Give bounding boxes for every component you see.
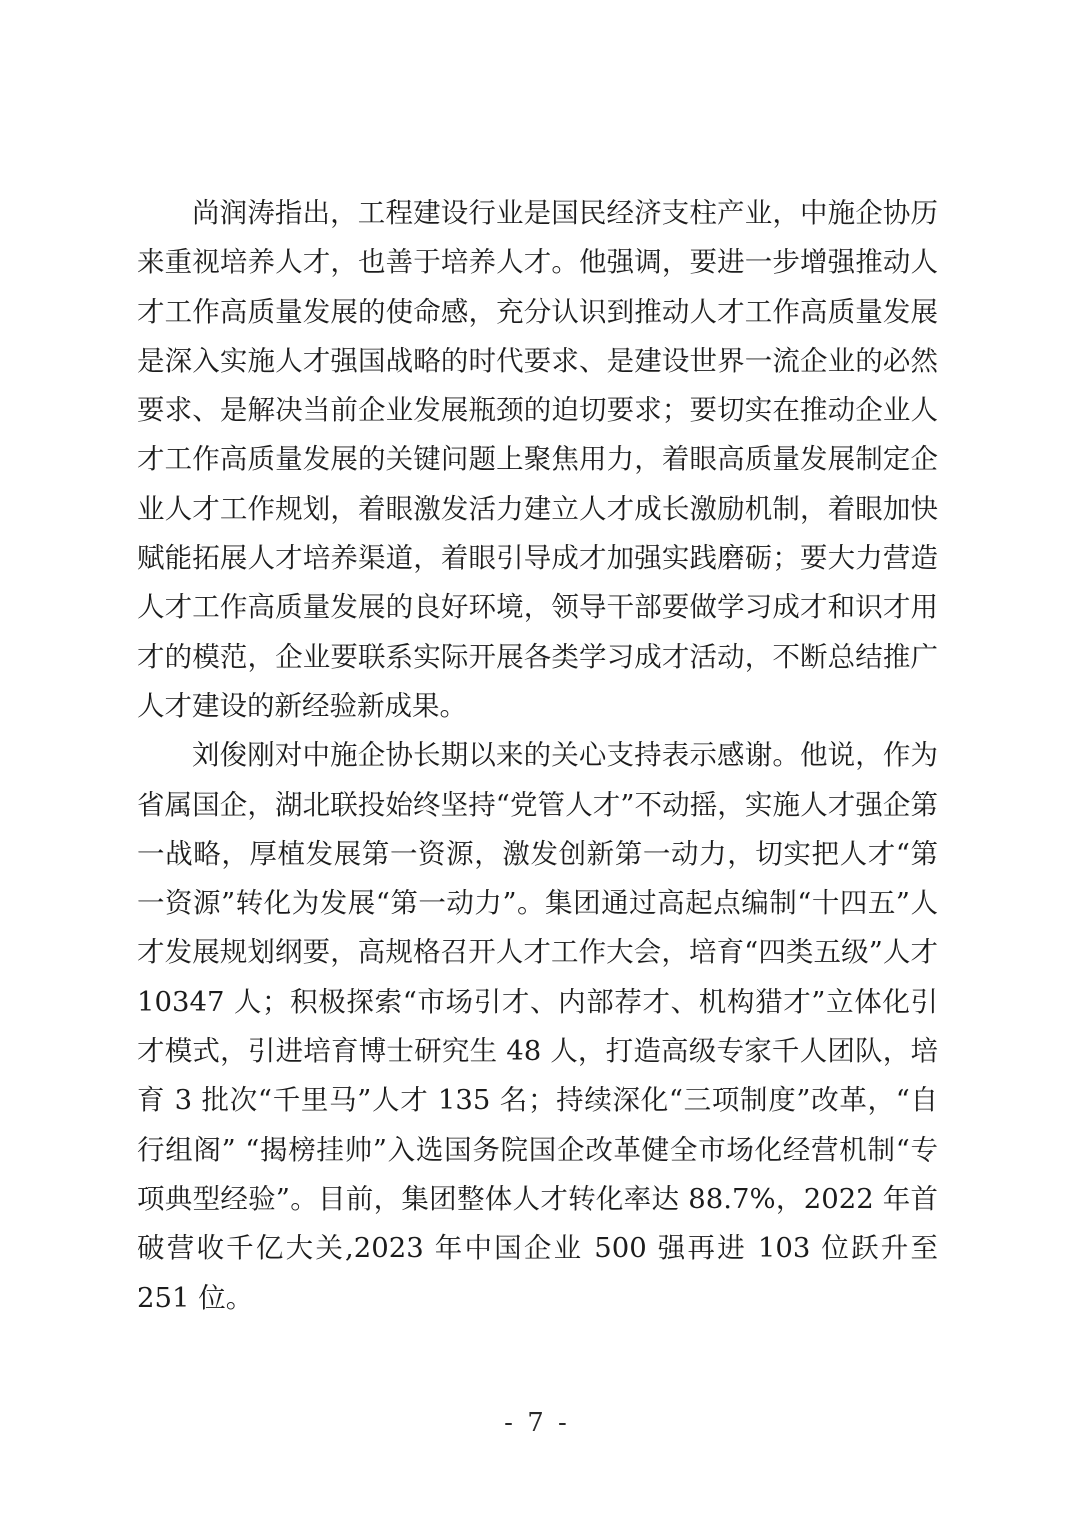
document-page: 尚润涛指出，工程建设行业是国民经济支柱产业，中施企协历来重视培养人才，也善于培养… [0,0,1074,1520]
paragraph-liu-jungang-remarks: 刘俊刚对中施企协长期以来的关心支持表示感谢。他说，作为省属国企，湖北联投始终坚持… [137,731,938,1323]
paragraph-shang-runtao-remarks: 尚润涛指出，工程建设行业是国民经济支柱产业，中施企协历来重视培养人才，也善于培养… [137,189,938,731]
page-number: - 7 - [504,1408,570,1438]
page-footer: - 7 - [0,1408,1074,1438]
document-body: 尚润涛指出，工程建设行业是国民经济支柱产业，中施企协历来重视培养人才，也善于培养… [137,189,938,1323]
